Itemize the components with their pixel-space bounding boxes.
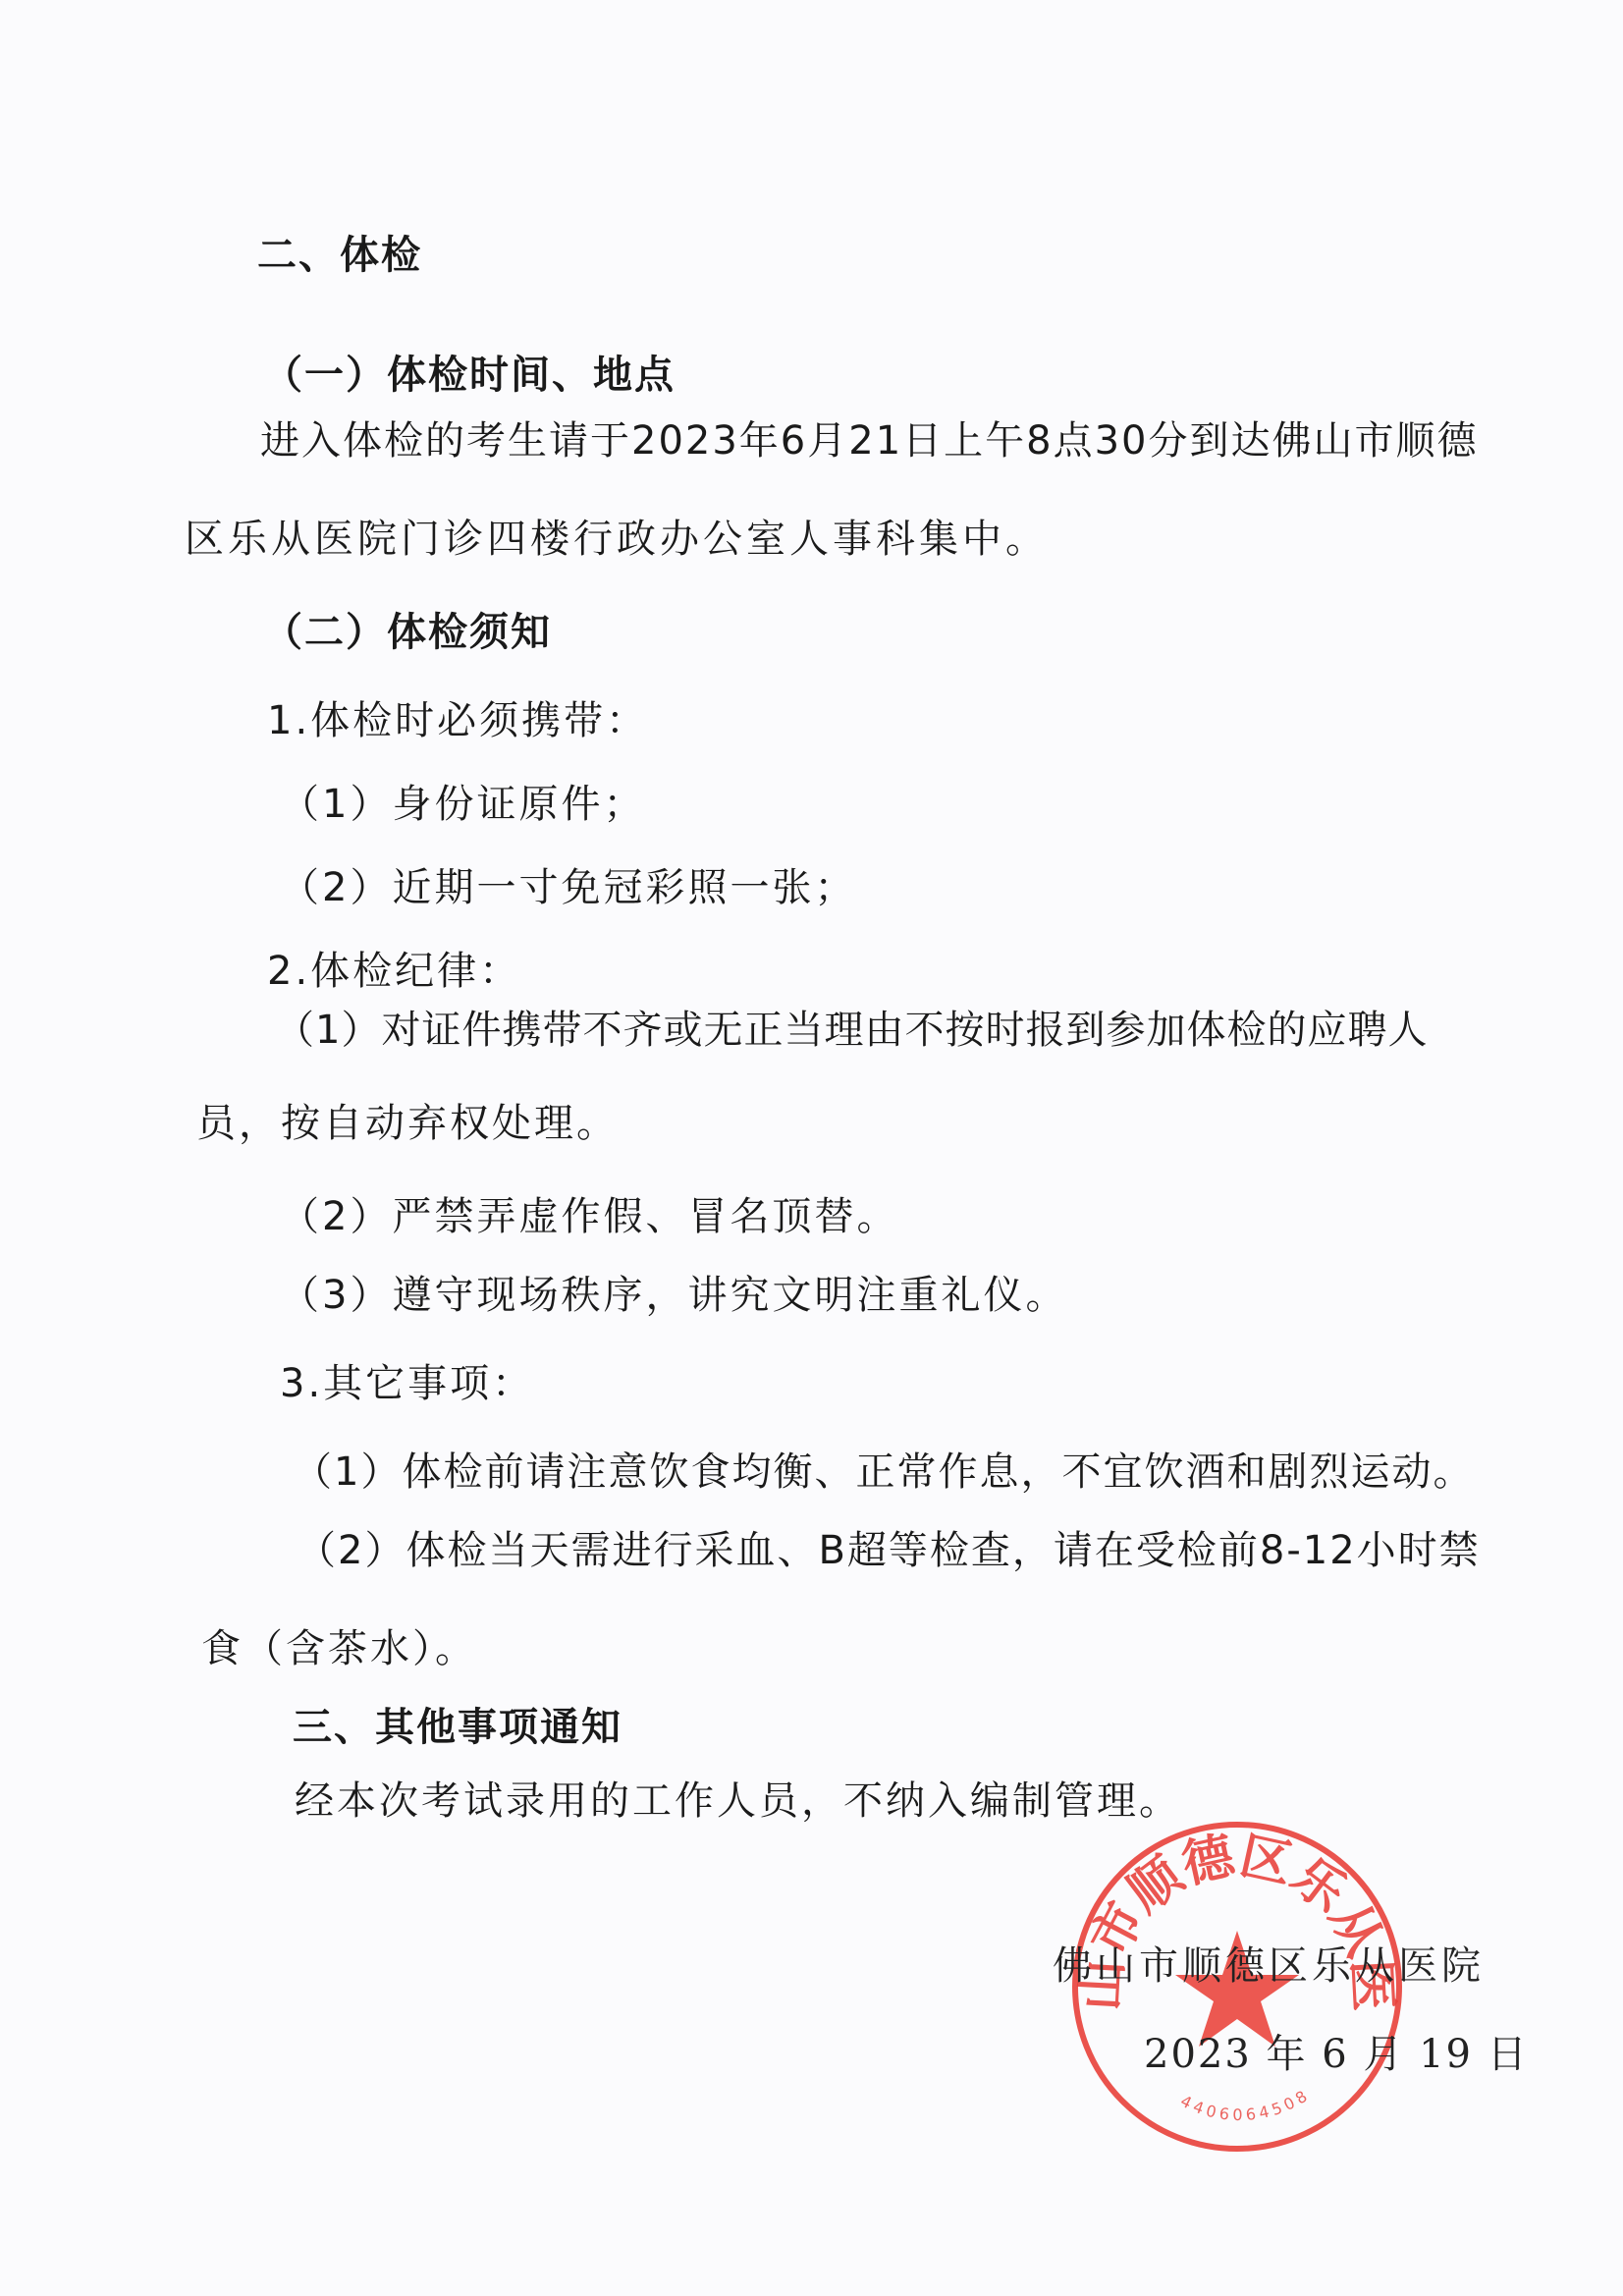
item-1-title: 1.体检时必须携带：: [267, 697, 648, 744]
svg-text:4406064508: 4406064508: [1177, 2085, 1314, 2124]
paragraph-time-place-line-1: 进入体检的考生请于2023年6月21日上午8点30分到达佛山市顺德: [260, 417, 1479, 465]
section-3-body: 经本次考试录用的工作人员，不纳入编制管理。: [295, 1777, 1181, 1825]
section-3-heading: 三、其他事项通知: [293, 1704, 622, 1751]
item-2-point-1-line-1: （1）对证件携带不齐或无正当理由不按时报到参加体检的应聘人: [275, 1007, 1428, 1054]
item-1-point-2: （2）近期一寸免冠彩照一张；: [280, 864, 856, 911]
item-2-title: 2.体检纪律：: [267, 948, 521, 995]
item-1-point-1: （1）身份证原件；: [280, 781, 645, 828]
section-2-heading: 二、体检: [257, 232, 422, 279]
signature-organization: 佛山市顺德区乐从医院: [1053, 1942, 1485, 1990]
item-2-point-3: （3）遵守现场秩序，讲究文明注重礼仪。: [280, 1272, 1067, 1319]
item-3-point-2-line-1: （2）体检当天需进行采血、B超等检查，请在受检前8-12小时禁: [297, 1527, 1481, 1574]
subsection-1-heading: （一）体检时间、地点: [263, 352, 676, 399]
item-3-point-1: （1）体检前请注意饮食均衡、正常作息，不宜饮酒和剧烈运动。: [293, 1449, 1474, 1496]
item-2-point-2: （2）严禁弄虚作假、冒名顶替。: [280, 1193, 898, 1240]
item-2-point-1-line-2: 员，按自动弃权处理。: [196, 1100, 619, 1147]
item-3-title: 3.其它事项：: [280, 1360, 534, 1407]
item-3-point-2-line-2: 食（含茶水）。: [201, 1625, 477, 1672]
paragraph-time-place-line-2: 区乐从医院门诊四楼行政办公室人事科集中。: [185, 516, 1049, 563]
subsection-2-heading: （二）体检须知: [263, 609, 552, 656]
signature-date: 2023 年 6 月 19 日: [1144, 2031, 1529, 2078]
